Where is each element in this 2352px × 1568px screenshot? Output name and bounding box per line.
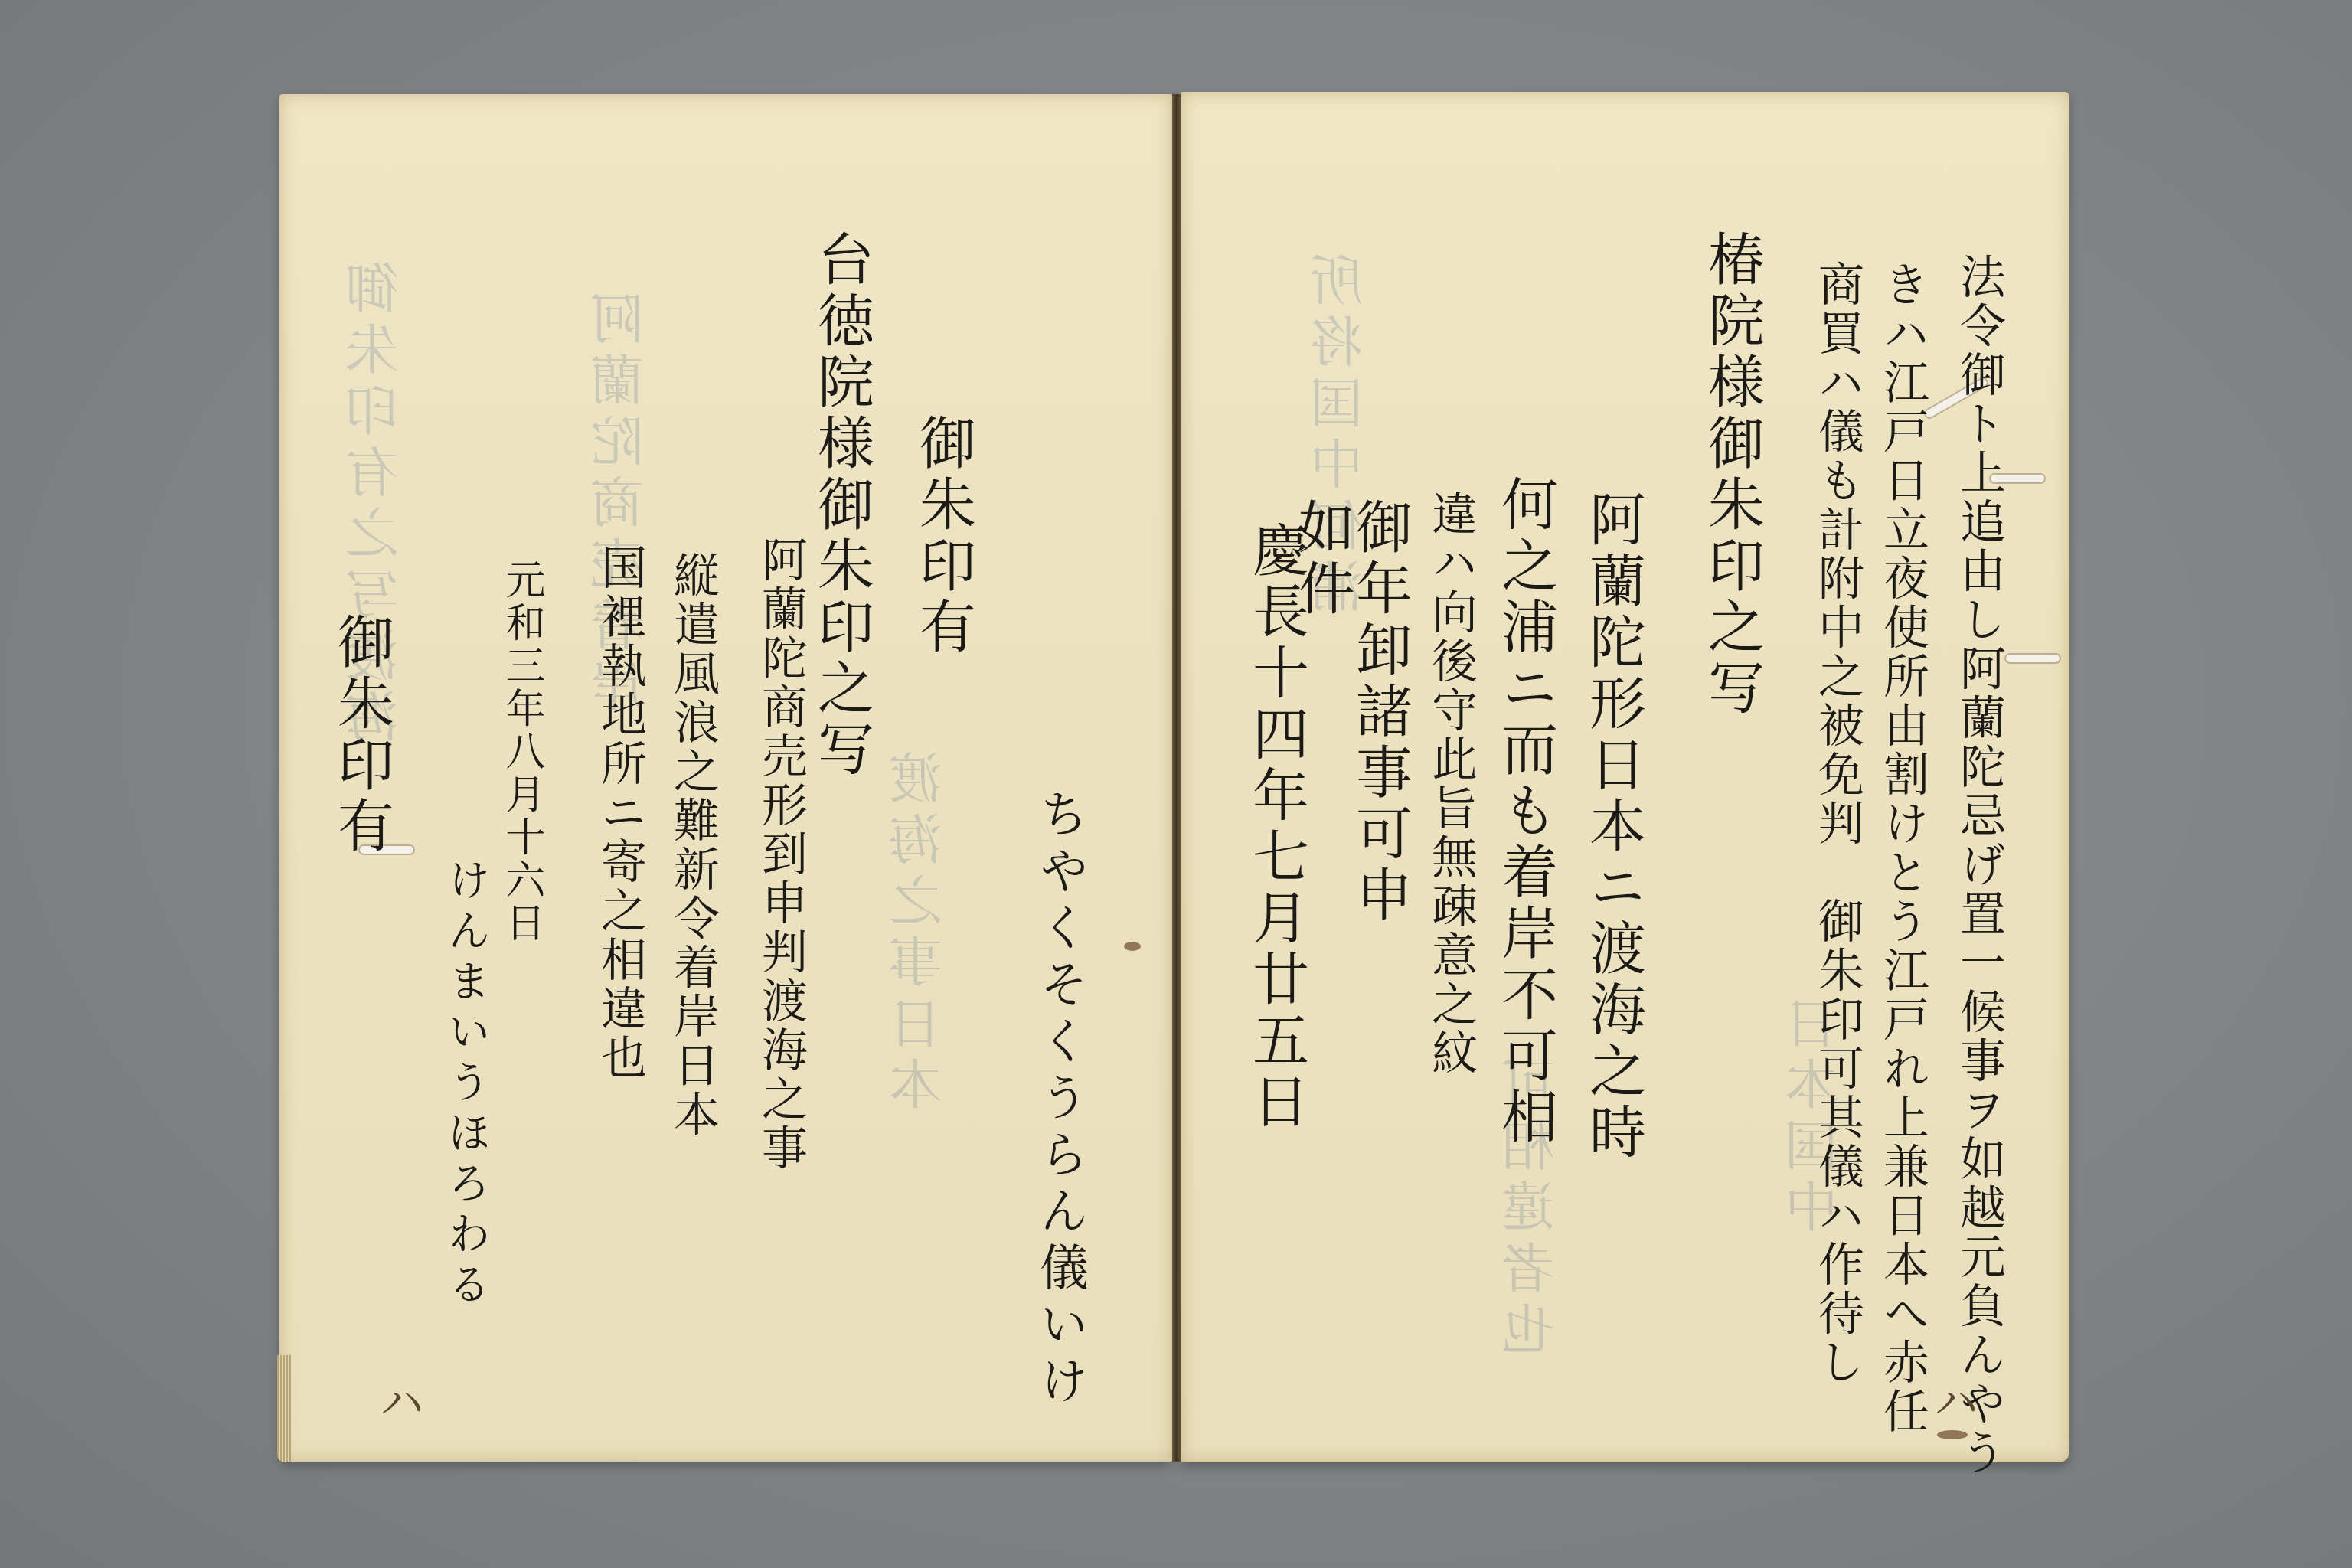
corner-mark: ハ xyxy=(1929,1378,1975,1427)
text-column: 何之浦ニ而も着岸不可相 xyxy=(1497,475,1553,1148)
text-column: 法令御ト上追由し阿蘭陀忌げ置一候事ヲ如越元負んやう xyxy=(1956,253,2002,1478)
text-column: 縦遣風浪之難新令着岸日本 xyxy=(670,551,716,1139)
book-gutter xyxy=(1172,94,1181,1462)
text-column: ちやくそくうらん儀いけ xyxy=(1035,789,1084,1412)
show-through-text: 渡海之事日本 xyxy=(880,750,958,1118)
heading-column: 椿院様御朱印之写 xyxy=(1704,230,1760,720)
text-column: けんまいうほろわる xyxy=(444,857,487,1312)
text-column: 御年卸諸事可申 xyxy=(1351,498,1408,926)
worm-hole xyxy=(2006,655,2060,662)
corner-mark: ハ xyxy=(375,1378,421,1427)
text-column: 国裡執地所ニ寄之相違也 xyxy=(597,544,643,1083)
date-column: 慶長十四年七月廿五日 xyxy=(1248,521,1305,1133)
open-manuscript-book: 御朱印有之写渡海 阿蘭陀商売着岸 渡海之事日本 所将国中何浦 可相違者也 日本国… xyxy=(0,0,2352,1568)
text-column: 阿蘭陀形日本ニ渡海之時 xyxy=(1585,490,1641,1164)
date-column: 元和三年八月十六日 xyxy=(501,559,541,945)
text-column: 商買ハ儀も計附中之被免判 御朱印可其儀ハ作待し xyxy=(1815,260,1860,1387)
text-column: きハ江戸日立夜使所由割けとう江戸れ上兼日本へ赤任 xyxy=(1880,260,1926,1436)
page-stack-edge xyxy=(277,1355,291,1462)
text-column: 御朱印有 xyxy=(915,413,972,658)
text-column: 阿蘭陀商売形到申判渡海之事 xyxy=(758,536,804,1173)
text-column: 御朱印有 xyxy=(333,612,390,857)
text-column: 違ハ向後守此旨無疎意之紋 xyxy=(1428,490,1474,1078)
ink-smudge xyxy=(1124,942,1141,951)
heading-column: 台徳院様御朱印之写 xyxy=(813,230,870,781)
